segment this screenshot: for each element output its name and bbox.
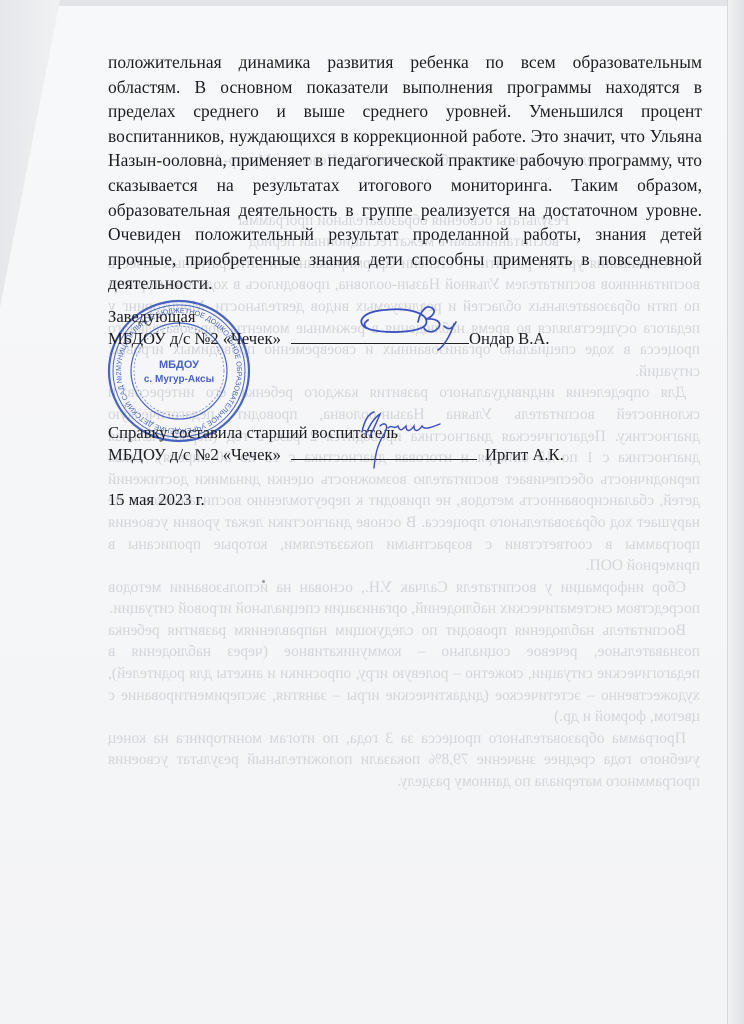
signer-line: МБДОУ д/с №2 «Чечек» Иргит А.К. (108, 444, 564, 466)
scan-speck (300, 137, 303, 140)
handwritten-signature-irgit (340, 402, 450, 472)
signer-title: Справку составила старший воспитатель (108, 422, 564, 444)
signer-organization: МБДОУ д/с №2 «Чечек» (108, 329, 281, 348)
signer-name: Иргит А.К. (485, 445, 564, 464)
signer-title: Заведующая (108, 306, 550, 328)
scanned-page: ...средство дошкольного образования №2 «… (0, 0, 744, 1024)
stamp-center-line1: МБДОУ (159, 359, 199, 371)
signature-block-head: Заведующая МБДОУ д/с №2 «Чечек» Ондар В.… (108, 306, 550, 350)
body-paragraph-container: положительная динамика развития ребенка … (108, 50, 702, 296)
stamp-center-line2: с. Мугур-Аксы (144, 374, 214, 385)
ghost-paragraph: Сбор информации у воспитателя Салчак У.Н… (108, 577, 700, 620)
ghost-paragraph: Воспитатель наблюдения проводит по следу… (108, 620, 700, 728)
document-date: 15 мая 2023 г. (108, 490, 205, 510)
scan-border-left (0, 0, 60, 1024)
scan-border-right (727, 0, 744, 1024)
scan-border-top (0, 0, 744, 6)
signature-block-compiler: Справку составила старший воспитатель МБ… (108, 422, 564, 466)
scan-speck (262, 580, 265, 583)
body-paragraph: положительная динамика развития ребенка … (108, 50, 702, 296)
ghost-paragraph: Программа образовательного процесса за 3… (108, 728, 700, 793)
signer-organization: МБДОУ д/с №2 «Чечек» (108, 445, 281, 464)
signer-line: МБДОУ д/с №2 «Чечек» Ондар В.А. (108, 328, 550, 350)
handwritten-signature-ondar (348, 292, 468, 352)
signer-name: Ондар В.А. (469, 329, 549, 348)
